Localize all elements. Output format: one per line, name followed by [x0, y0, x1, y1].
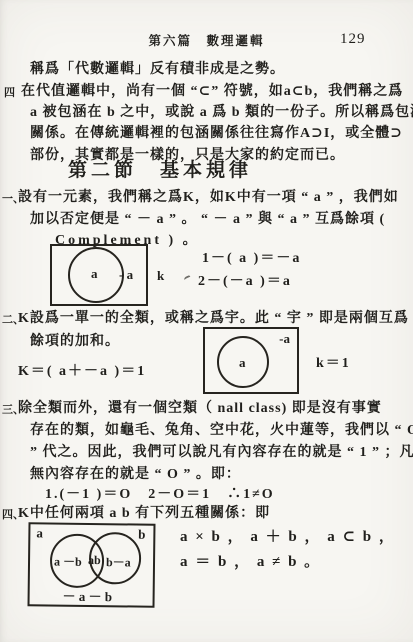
body-line: 稱爲「代數邏輯」反有積非成是之勢。 — [30, 58, 285, 78]
venn-label-a: a — [36, 525, 43, 541]
formula-line: K＝( a＋－a )＝1 — [18, 360, 146, 380]
formula-line: a × b ， a ＋ b ， a ⊂ b ， — [180, 525, 396, 546]
body-line: K設爲一單一的全類，或稱之爲宇。此 “ 宇 ” 即是兩個互爲 — [18, 307, 409, 327]
body-line: 在代值邏輯中，尚有一個 “⊂” 符號，如a⊂b，我們稱之爲 — [21, 80, 403, 100]
body-line: 存在的類，如龜毛、兔角、空中花，火中蓮等，我們以 “ O — [30, 419, 413, 439]
formula-line: 2－(－a )＝a — [198, 270, 292, 290]
venn-label-complement: -a — [279, 331, 290, 347]
venn-label-ab: ab — [88, 553, 101, 568]
venn-universe-box-2: a -a — [203, 327, 299, 394]
scanned-book-page: 第六篇 數理邏輯 129 稱爲「代數邏輯」反有積非成是之勢。 四 在代值邏輯中，… — [0, 0, 413, 642]
body-line: 無內容存在的就是 “ O ” 。即： — [30, 463, 241, 483]
venn-universe-box-1: a - a — [50, 244, 148, 306]
body-line: a 被包涵在 b 之中，或說 a 爲 b 類的一份子。所以稱爲包涵 — [30, 101, 413, 121]
venn-label-a: a — [91, 266, 98, 282]
venn-label-a-minus-b: a －b — [54, 553, 82, 570]
body-line: 除全類而外，還有一個空類（ nall class) 即是沒有事實 — [18, 397, 382, 417]
venn-label-a: a — [239, 355, 246, 371]
formula-line: 1.(－1 )＝O 2－O＝1 ∴1≠O — [45, 483, 275, 503]
body-line: 關係。在傳統邏輯裡的包涵關係往往寫作A⊃I，或全體⊃ — [30, 122, 403, 142]
venn-label-b: b — [138, 527, 145, 543]
item-marker: 四 — [4, 84, 15, 100]
body-line: 餘項的加和。 — [30, 330, 120, 350]
venn-label-complement: - a — [119, 267, 133, 283]
formula-line: 1－( a )＝－a — [202, 247, 301, 267]
formula-line: k＝1 — [316, 352, 351, 372]
body-line: 設有一元素，我們稱之爲K，如K中有一項 “ a ” ，我們如 — [18, 186, 399, 206]
body-line: 加以否定便是 “ － a ” 。 “ － a ” 與 “ a ” 互爲餘項 ( — [30, 208, 385, 228]
venn-label-b-minus-a: b－a — [106, 553, 131, 570]
ink-smudge — [183, 275, 191, 282]
formula-line: a ＝ b ， a ≠ b 。 — [180, 550, 321, 571]
section-heading: 第二節 基本規律 — [68, 155, 252, 182]
venn-label-universe: k — [157, 268, 164, 284]
venn-universe-box-3: a b a －b ab b－a － a － b — [27, 522, 155, 608]
body-line: K中任何兩項 a b 有下列五種關係：即 — [18, 502, 270, 522]
page-number: 129 — [340, 31, 366, 48]
venn-label-not-a-not-b: － a － b — [63, 586, 113, 606]
body-line: ” 代之。因此，我們可以說凡有內容存在的就是 “ 1 ” ；凡 — [30, 441, 413, 461]
